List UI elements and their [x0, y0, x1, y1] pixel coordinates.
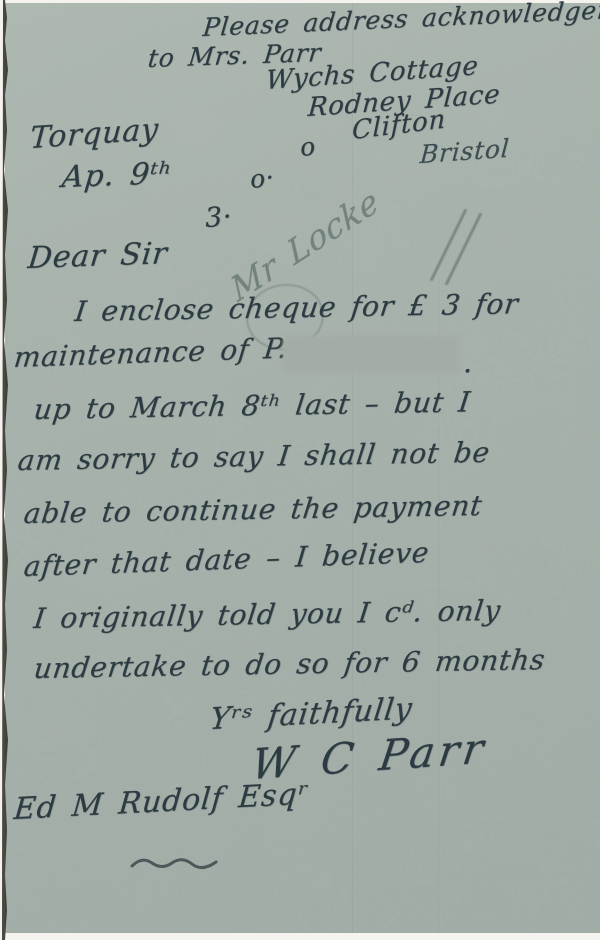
body-line-2-post: .: [463, 346, 473, 379]
salutation: Dear Sir: [26, 236, 169, 276]
scan-border-bottom: [0, 933, 600, 940]
redacted-name: [283, 336, 459, 373]
ink-mark-o1: o: [298, 131, 317, 161]
ink-mark-three: 3·: [204, 201, 233, 234]
ink-mark-o2: o·: [248, 163, 276, 194]
flourish-mark: [128, 852, 223, 876]
dateline-date: Ap. 9ᵗʰ: [60, 156, 174, 195]
letter-scan: Please address acknowledgemᵗ to Mrs. Par…: [0, 0, 600, 940]
